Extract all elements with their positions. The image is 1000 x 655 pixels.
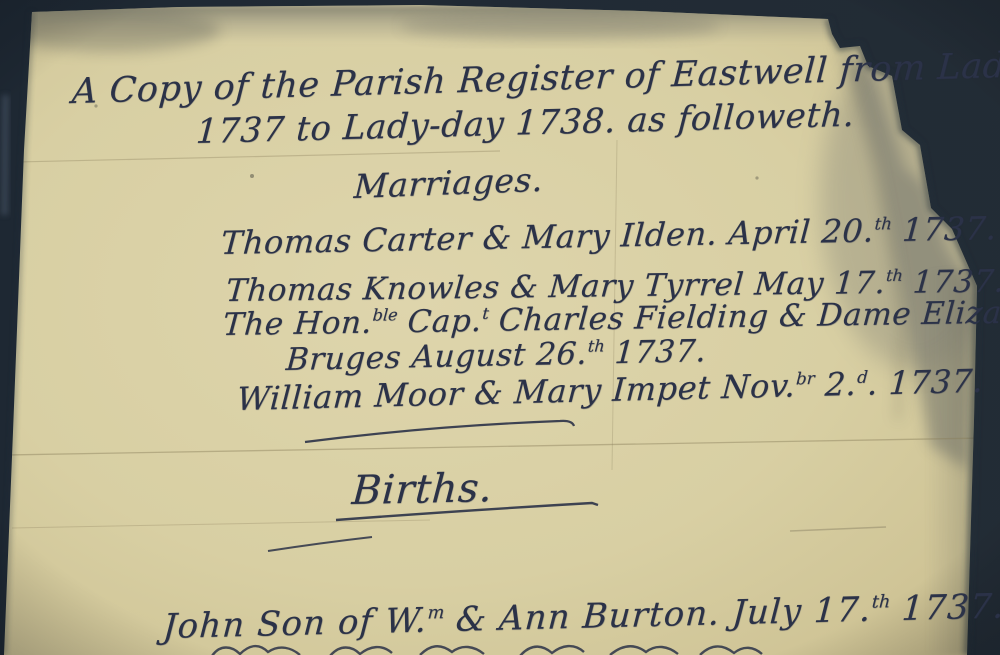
manuscript-photo-art: [0, 0, 1000, 655]
photo-frame: A Copy of the Parish Register of Eastwel…: [0, 0, 1000, 655]
photo-vignette: [0, 0, 1000, 655]
